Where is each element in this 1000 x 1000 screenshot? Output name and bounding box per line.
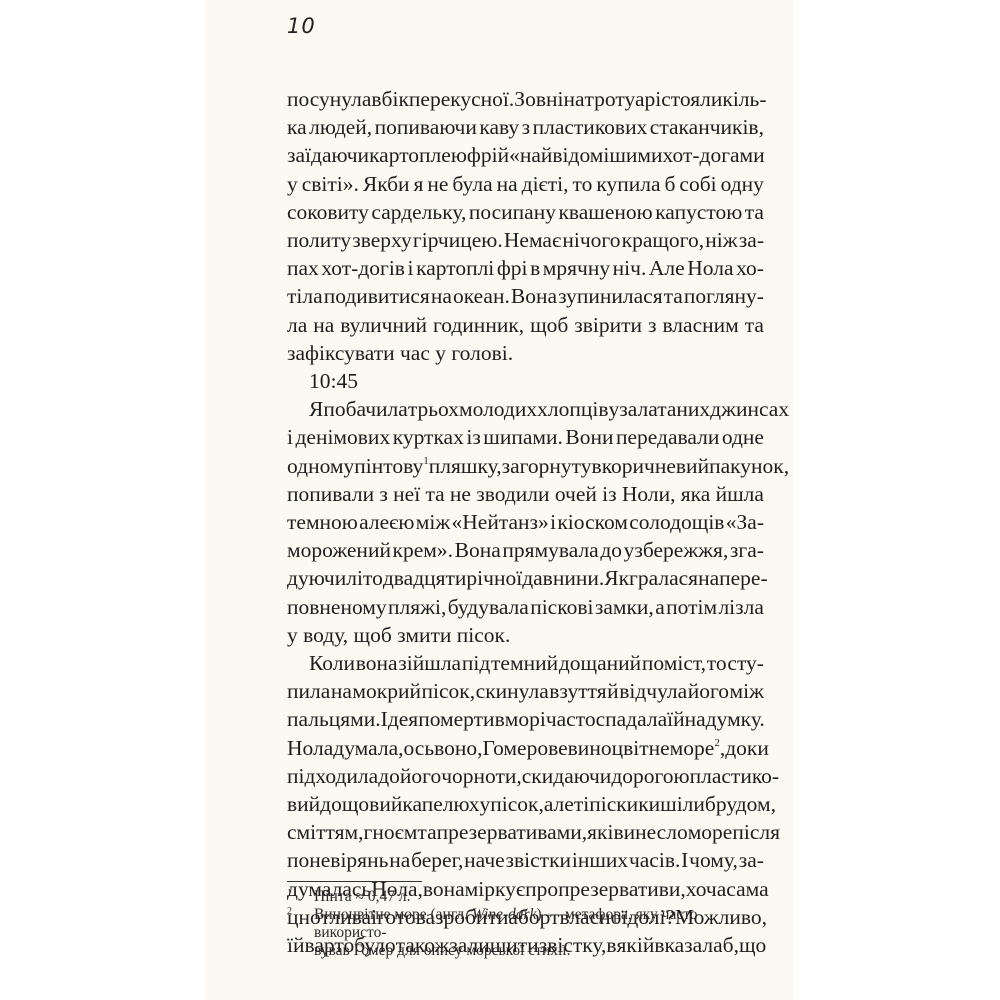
text-line: вийдощовийкапелюхупісок,алетіпіскикишіли… [287, 790, 764, 818]
text-line: калюдей,попиваючикавузпластиковихстаканч… [287, 113, 764, 141]
text-line: паххот-догівікартопліфрівмрячнуніч.АлеНо… [287, 254, 764, 282]
text-line: мороженийкрем».Вонапрямуваладоузбережжя,… [287, 536, 764, 564]
body-text: посунулавбікперекусної.Зовнінатротуаріст… [287, 85, 764, 959]
book-page: 10 посунулавбікперекусної.Зовнінатротуар… [205, 0, 793, 1000]
page-number: 10 [287, 14, 316, 38]
text-line: поневіряньнаберег,начезвісткиіншихчасів.… [287, 846, 764, 874]
text-line: темноюалеєюміж«Нейтанз»ікіоскомсолодощів… [287, 508, 764, 536]
text-line: тілаподивитисянаокеан.Воназупиниласятапо… [287, 282, 764, 310]
text-line: Коливоназійшлапідтемнийдощанийпоміст,тос… [287, 649, 764, 677]
footnote-number: 1 [287, 885, 292, 903]
text-line: сміттям,гноємтапрезервативами,яківинесло… [287, 818, 764, 846]
text-line: 10:45 [287, 367, 764, 395]
text-line: дуючилітодвадцятирічноїдавнини.Якгралася… [287, 564, 764, 592]
text-line: пальцями.Ідеяпомертивморічастоспадалаїйн… [287, 705, 764, 733]
footnotes: 1Пінта ≈ 0,47 л.2Виноцвітне море (англ. … [287, 888, 767, 960]
text-line: пиланамокрийпісок,скинулавзуттяйвідчулай… [287, 677, 764, 705]
text-line: ланавуличнийгодинник,щобзвіритизвласнимт… [287, 311, 764, 339]
text-line: іденімовихкурткахізшипами.Вонипередавали… [287, 423, 764, 451]
text-line: у воду, щоб змити пісок. [287, 621, 764, 649]
text-line: повненомупляжі,будувалапісковізамки,апот… [287, 593, 764, 621]
footnote: 2Виноцвітне море (англ. Wine-dark) — мет… [287, 906, 767, 960]
text-line: підходиладойогочорноти,скидаючидорогоюпл… [287, 762, 764, 790]
text-line: соковитусардельку,посипануквашеноюкапуст… [287, 198, 764, 226]
text-line: Япобачилатрьохмолодиххлопцівузалатанихдж… [287, 395, 764, 423]
footnote-number: 2 [287, 903, 292, 921]
text-line: политузверхугірчицею.Немаєнічогокращого,… [287, 226, 764, 254]
text-line: одномупінтову1пляшку,загорнутувкоричневи… [287, 452, 764, 480]
text-line: заїдаючикартоплеюфрій«найвідомішимихот-д… [287, 141, 764, 169]
text-line: попивализнеїтанезводилиочейізНоли,якайшл… [287, 480, 764, 508]
text-line: посунулавбікперекусної.Зовнінатротуаріст… [287, 85, 764, 113]
footnote: 1Пінта ≈ 0,47 л. [287, 888, 767, 906]
text-line: Ноладумала,осьвоно,Гомеровевиноцвітнемор… [287, 734, 764, 762]
footnote-ref: 2 [714, 737, 720, 749]
text-line: усвіті».Якбиянебуланадієті,токупилабсобі… [287, 170, 764, 198]
footnote-divider [287, 881, 422, 882]
text-line: зафіксувати час у голові. [287, 339, 764, 367]
